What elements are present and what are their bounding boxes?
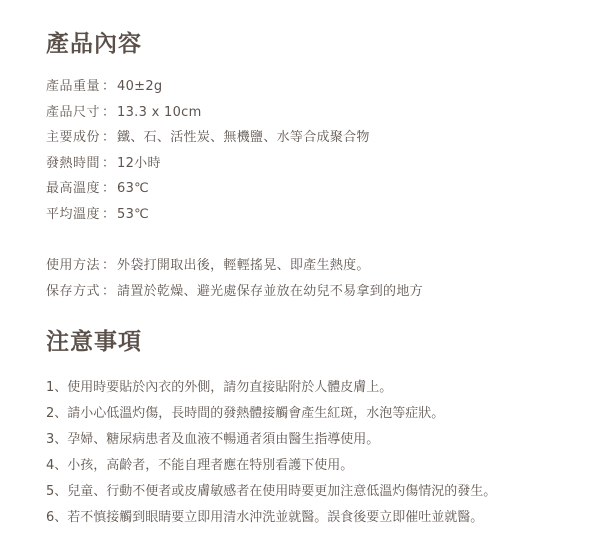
precaution-number: 3、 — [46, 427, 67, 453]
precaution-item: 2、請小心低溫灼傷，長時間的發熱體接觸會產生紅斑，水泡等症狀。 — [46, 401, 496, 427]
spec-row-avg-temp: 平均溫度：53℃ — [46, 202, 370, 228]
precaution-text: 小孩，高齡者，不能自理者應在特別看護下使用。 — [67, 458, 353, 473]
spec-label: 平均溫度 — [46, 207, 100, 222]
spec-separator: ： — [100, 105, 117, 120]
precautions-list: 1、使用時要貼於內衣的外側，請勿直接貼附於人體皮膚上。 2、請小心低溫灼傷，長時… — [46, 375, 496, 531]
precaution-item: 1、使用時要貼於內衣的外側，請勿直接貼附於人體皮膚上。 — [46, 375, 496, 401]
spec-separator: ： — [100, 130, 117, 145]
spec-value: 鐵、石、活性炭、無機鹽、水等合成聚合物 — [117, 130, 370, 145]
precaution-item: 4、小孩，高齡者，不能自理者應在特別看護下使用。 — [46, 453, 496, 479]
precaution-number: 5、 — [46, 479, 67, 505]
spec-row-weight: 產品重量：40±2g — [46, 74, 370, 100]
usage-list: 使用方法：外袋打開取出後，輕輕搖晃、即產生熱度。 保存方式：請置於乾燥、避光處保… — [46, 253, 423, 304]
precaution-number: 1、 — [46, 375, 67, 401]
precaution-item: 5、兒童、行動不便者或皮膚敏感者在使用時要更加注意低溫灼傷情況的發生。 — [46, 479, 496, 505]
spec-label: 最高溫度 — [46, 181, 100, 196]
precaution-text: 使用時要貼於內衣的外側，請勿直接貼附於人體皮膚上。 — [67, 380, 392, 395]
spec-row-heating-time: 發熱時間：12小時 — [46, 151, 370, 177]
spec-row-ingredients: 主要成份：鐵、石、活性炭、無機鹽、水等合成聚合物 — [46, 125, 370, 151]
precaution-text: 兒童、行動不便者或皮膚敏感者在使用時要更加注意低溫灼傷情況的發生。 — [67, 484, 496, 499]
spec-label: 發熱時間 — [46, 156, 100, 171]
spec-separator: ： — [100, 181, 117, 196]
usage-row-method: 使用方法：外袋打開取出後，輕輕搖晃、即產生熱度。 — [46, 253, 423, 279]
spec-value: 53℃ — [117, 207, 149, 222]
spec-separator: ： — [100, 79, 117, 94]
usage-value: 請置於乾燥、避光處保存並放在幼兒不易拿到的地方 — [117, 284, 423, 299]
usage-label: 使用方法 — [46, 258, 100, 273]
spec-label: 主要成份 — [46, 130, 100, 145]
precaution-number: 2、 — [46, 401, 67, 427]
precaution-text: 若不慎接觸到眼睛要立即用清水沖洗並就醫。誤食後要立即催吐並就醫。 — [67, 510, 483, 525]
usage-separator: ： — [100, 284, 117, 299]
spec-label: 產品重量 — [46, 79, 100, 94]
precaution-text: 請小心低溫灼傷，長時間的發熱體接觸會產生紅斑，水泡等症狀。 — [67, 406, 444, 421]
spec-separator: ： — [100, 207, 117, 222]
product-contents-heading: 產品內容 — [46, 29, 142, 59]
spec-value: 13.3 x 10cm — [117, 105, 202, 120]
usage-row-storage: 保存方式：請置於乾燥、避光處保存並放在幼兒不易拿到的地方 — [46, 279, 423, 305]
spec-row-size: 產品尺寸：13.3 x 10cm — [46, 100, 370, 126]
usage-separator: ： — [100, 258, 117, 273]
precaution-number: 4、 — [46, 453, 67, 479]
precaution-item: 6、若不慎接觸到眼睛要立即用清水沖洗並就醫。誤食後要立即催吐並就醫。 — [46, 505, 496, 531]
spec-value: 40±2g — [117, 79, 162, 94]
precaution-item: 3、孕婦、糖尿病患者及血液不暢通者須由醫生指導使用。 — [46, 427, 496, 453]
usage-label: 保存方式 — [46, 284, 100, 299]
spec-label: 產品尺寸 — [46, 105, 100, 120]
precaution-number: 6、 — [46, 505, 67, 531]
precautions-heading: 注意事項 — [46, 327, 142, 357]
spec-value: 12小時 — [117, 156, 161, 171]
spec-row-max-temp: 最高溫度：63℃ — [46, 176, 370, 202]
spec-separator: ： — [100, 156, 117, 171]
product-spec-list: 產品重量：40±2g 產品尺寸：13.3 x 10cm 主要成份：鐵、石、活性炭… — [46, 74, 370, 228]
usage-value: 外袋打開取出後，輕輕搖晃、即產生熱度。 — [117, 258, 370, 273]
spec-value: 63℃ — [117, 181, 149, 196]
precaution-text: 孕婦、糖尿病患者及血液不暢通者須由醫生指導使用。 — [67, 432, 379, 447]
